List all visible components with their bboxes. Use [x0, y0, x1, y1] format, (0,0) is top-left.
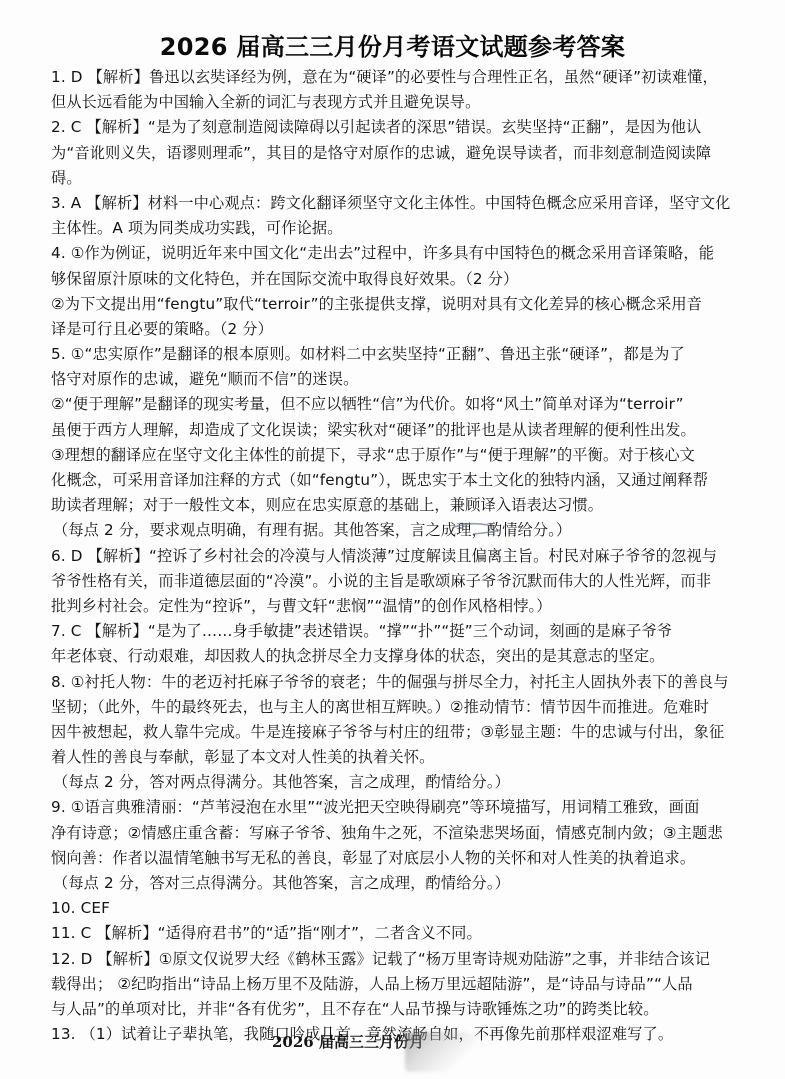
answer-line-q11: 11. C 【解析】“适得府君书”的“适”指“刚才”，二者含义不同。 [51, 921, 731, 946]
document-title: 2026 届高三三月份月考语文试题参考答案 [0, 31, 785, 63]
answer-line-q10: 10. CEF [51, 896, 731, 921]
scoring-note: （每点 2 分，答对三点得满分。其他答案，言之成理，酌情给分。） [51, 871, 731, 896]
answer-key-body: 1. D 【解析】鲁迅以玄奘译经为例，意在为“硬译”的必要性与合理性正名，虽然“… [51, 65, 731, 1047]
answer-line-q4: 4. ①作为例证，说明近年来中国文化“走出去”过程中，许多具有中国特色的概念采用… [51, 241, 731, 266]
answer-line: ②为下文提出用“fengtu”取代“terroir”的主张提供支撑，说明对具有文… [51, 292, 731, 317]
answer-line-q1: 1. D 【解析】鲁迅以玄奘译经为例，意在为“硬译”的必要性与合理性正名，虽然“… [51, 65, 731, 90]
answer-line: 载得出； ②纪昀指出“诗品上杨万里不及陆游，人品上杨万里远超陆游”，是“诗品与诗… [51, 972, 731, 997]
answer-line: 虽便于西方人理解，却造成了文化误读；梁实秋对“硬译”的批评也是从读者理解的便利性… [51, 418, 731, 443]
answer-line: 爷爷性格有关，而非道德层面的“冷漠”。小说的主旨是歌颂麻子爷爷沉默而伟大的人性光… [51, 569, 731, 594]
answer-line: 悯向善：作者以温情笔触书写无私的善良，彰显了对底层小人物的关怀和对人性美的执着追… [51, 846, 731, 871]
answer-line-q12: 12. D 【解析】①原文仅说罗大经《鹤林玉露》记载了“杨万里寄诗规劝陆游”之事… [51, 947, 731, 972]
answer-line-q3: 3. A 【解析】材料一中心观点：跨文化翻译须坚守文化主体性。中国特色概念应采用… [51, 191, 731, 216]
answer-line-q6: 6. D 【解析】“控诉了乡村社会的冷漠与人情淡薄”过度解读且偏离主旨。村民对麻… [51, 544, 731, 569]
answer-line: ②“便于理解”是翻译的现实考量，但不应以牺牲“信”为代价。如将“风土”简单对译为… [51, 392, 731, 417]
answer-line: 坚韧；（此外，牛的最终死去，也与主人的离世相互辉映。）②推动情节：情节因牛而推进… [51, 695, 731, 720]
answer-line: 为“音讹则义失，语谬则理乖”，其目的是恪守对原作的忠诚，避免误导读者，而非刻意制… [51, 141, 731, 166]
answer-line: 够保留原汁原味的文化特色，并在国际交流中取得良好效果。（2 分） [51, 267, 731, 292]
answer-line-q7: 7. C 【解析】“是为了……身手敏捷”表述错误。“撑”“扑”“挺”三个动词，刻… [51, 619, 731, 644]
scoring-note: （每点 2 分，答对两点得满分。其他答案，言之成理，酌情给分。） [51, 770, 731, 795]
handwritten-pen-mark-icon [452, 517, 512, 537]
answer-line: 主体性。A 项为同类成功实践，可作论据。 [51, 216, 731, 241]
answer-line-q5: 5. ①“忠实原作”是翻译的根本原则。如材料二中玄奘坚持“正翻”、鲁迅主张“硬译… [51, 342, 731, 367]
answer-line: 译是可行且必要的策略。（2 分） [51, 317, 731, 342]
scoring-note: （每点 2 分，要求观点明确，有理有据。其他答案，言之成理，酌情给分。） [51, 518, 731, 543]
answer-line: 碍。 [51, 166, 731, 191]
answer-line: 批判乡村社会。定性为“控诉”，与曹文轩“悲悯”“温情”的创作风格相悖。） [51, 594, 731, 619]
page-footer: 2026 届高三三月份月 [272, 1030, 424, 1054]
answer-line: 恪守对原作的忠诚，避免“顺而不信”的迷误。 [51, 367, 731, 392]
answer-line: ③理想的翻译应在坚守文化主体性的前提下，寻求“忠于原作”与“便于理解”的平衡。对… [51, 443, 731, 468]
document-page: 2026 届高三三月份月考语文试题参考答案 1. D 【解析】鲁迅以玄奘译经为例… [0, 0, 785, 1079]
page-curl-shadow [405, 1032, 480, 1072]
answer-line: 因牛被想起，救人靠牛完成。牛是连接麻子爷爷与村庄的纽带；③彰显主题：牛的忠诚与付… [51, 720, 731, 745]
answer-line: 化概念，可采用音译加注释的方式（如“fengtu”），既忠实于本土文化的独特内涵… [51, 468, 731, 493]
answer-line-q2: 2. C 【解析】“是为了刻意制造阅读障碍以引起读者的深思”错误。玄奘坚持“正翻… [51, 115, 731, 140]
answer-line: 净有诗意；②情感庄重含蓄：写麻子爷爷、独角牛之死，不渲染悲哭场面，情感克制内敛；… [51, 821, 731, 846]
answer-line: 着人性的善良与奉献，彰显了本文对人性美的执着关怀。 [51, 745, 731, 770]
answer-line: 但从长远看能为中国输入全新的词汇与表现方式并且避免误导。 [51, 90, 731, 115]
answer-line: 助读者理解；对于一般性文本，则应在忠实原意的基础上，兼顾译入语表达习惯。 [51, 493, 731, 518]
answer-line: 与人品”的单项对比，并非“各有优劣”，且不存在“人品节操与诗歌锤炼之功”的跨类比… [51, 997, 731, 1022]
answer-line-q8: 8. ①衬托人物：牛的老迈衬托麻子爷爷的衰老；牛的倔强与拼尽全力，衬托主人固执外… [51, 670, 731, 695]
answer-line-q9: 9. ①语言典雅清丽：“芦苇浸泡在水里”“波光把天空映得刷亮”等环境描写，用词精… [51, 795, 731, 820]
answer-line: 年老体衰、行动艰难，却因救人的执念拼尽全力支撑身体的状态，突出的是其意志的坚定。 [51, 644, 731, 669]
